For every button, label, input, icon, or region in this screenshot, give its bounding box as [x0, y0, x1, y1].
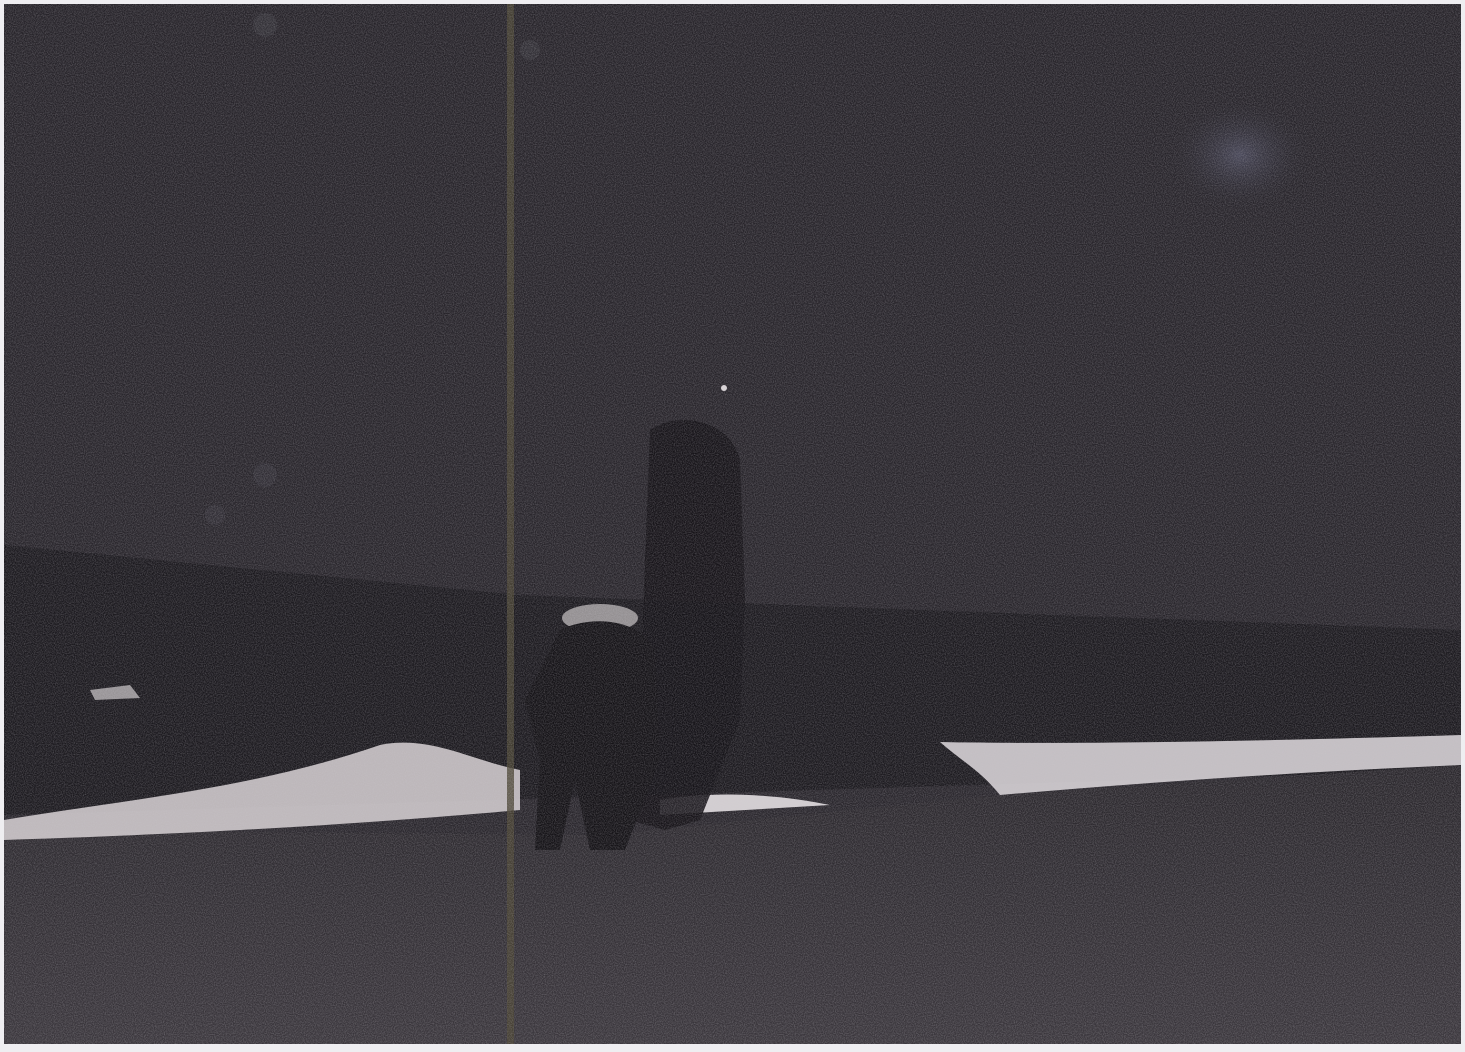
photograph: Dark grainy scanned black-and-white phot… [0, 0, 1465, 1052]
grain-overlay [4, 4, 1461, 1044]
photo-scene [0, 0, 1465, 1052]
